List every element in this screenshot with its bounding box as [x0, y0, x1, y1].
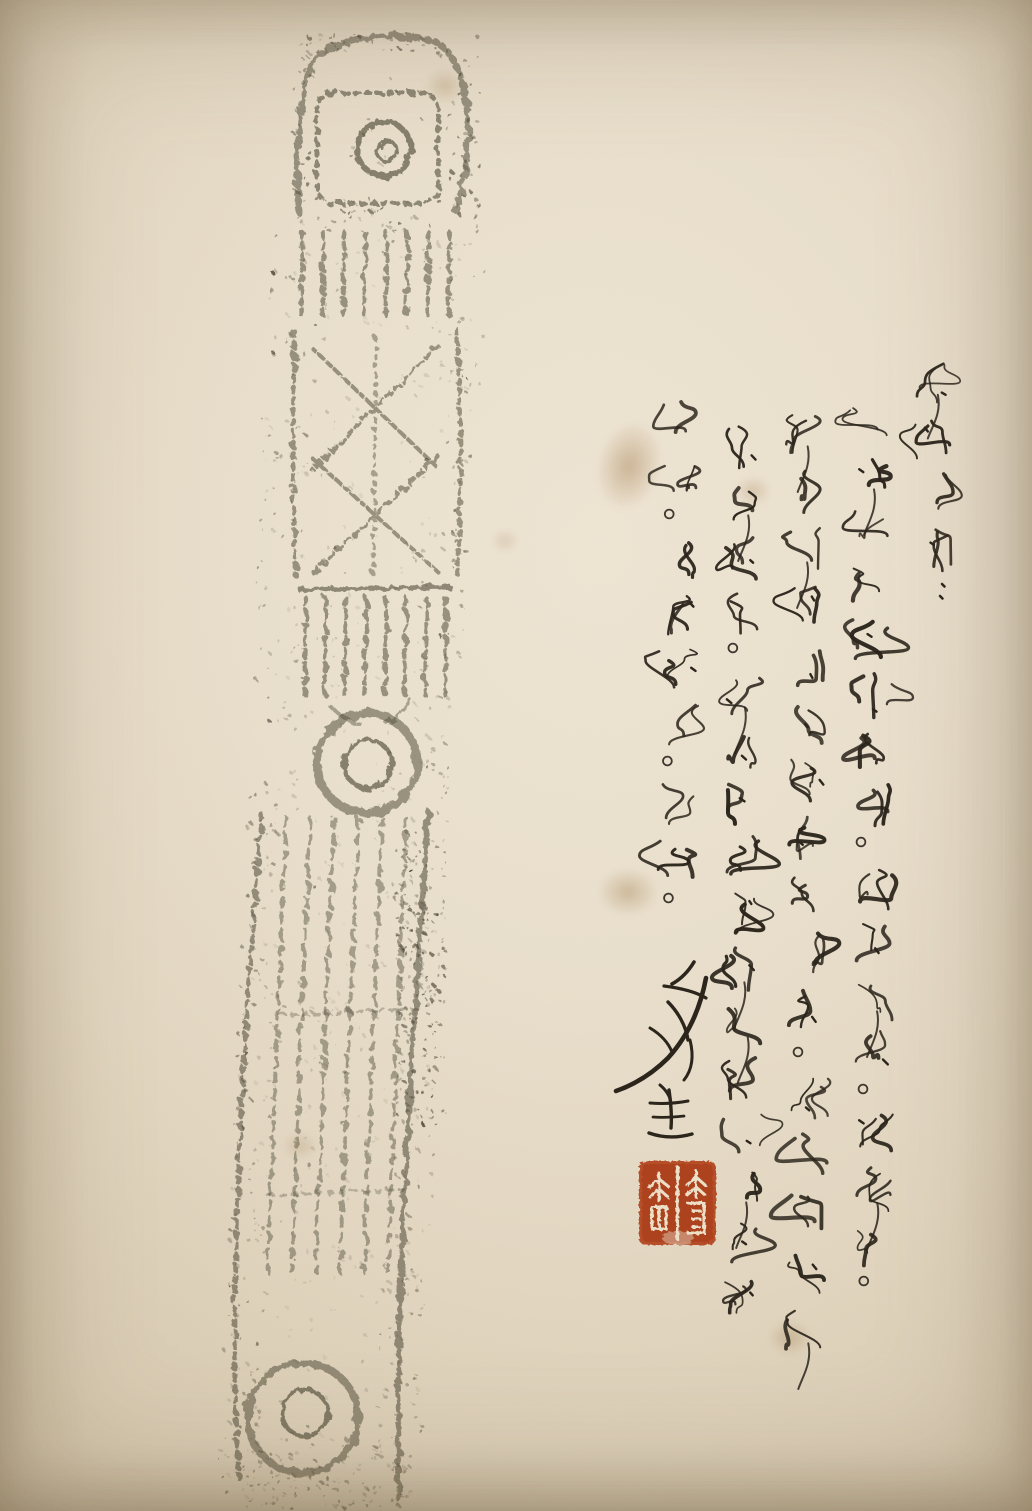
seal-stamp [639, 1161, 716, 1245]
paper-grain [0, 0, 1032, 1511]
artwork-photo: { "artwork": { "letter": { "columns": [ … [0, 0, 1032, 1511]
artwork-canvas [0, 0, 1032, 1511]
